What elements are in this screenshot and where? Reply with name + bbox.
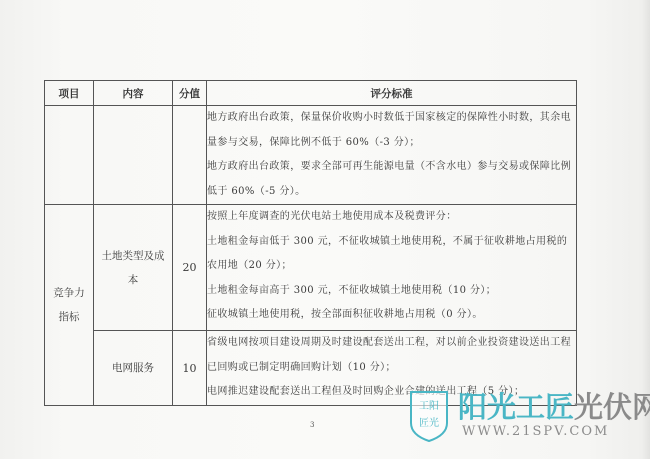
item-label: 竞争力指标 xyxy=(45,281,93,329)
criteria-line: 地方政府出台政策，要求全部可再生能源电量（不含水电）参与交易或保障比例低于 60… xyxy=(207,155,576,204)
table-header-row: 项目 内容 分值 评分标准 xyxy=(45,81,577,106)
watermark-url: WWW.21SPV.COM xyxy=(462,424,609,439)
watermark-title-gray: 光伏网 xyxy=(574,390,650,424)
content-land-cell: 土地类型及成本 xyxy=(94,205,173,331)
table-row: 地方政府出台政策，保量保价收购小时数低于国家核定的保障性小时数，其余电量参与交易… xyxy=(45,106,577,205)
criteria-line: 土地租金每亩低于 300 元，不征收城镇土地使用税，不属于征收耕地占用税的农用地… xyxy=(207,230,576,279)
header-criteria: 评分标准 xyxy=(207,81,577,106)
score-value: 10 xyxy=(173,331,207,406)
row-content-cell xyxy=(94,106,173,205)
header-item: 项目 xyxy=(45,81,94,106)
header-score: 分值 xyxy=(173,81,207,106)
criteria-line: 土地租金每亩高于 300 元，不征收城镇土地使用税（10 分）； xyxy=(207,279,576,304)
watermark: 工阳 匠光 阳光工匠光伏网 WWW.21SPV.COM xyxy=(408,385,648,447)
badge-text-bottom: 匠光 xyxy=(419,416,439,429)
content-grid-cell: 电网服务 xyxy=(94,331,173,406)
content-label: 土地类型及成本 xyxy=(94,244,172,292)
content-label: 电网服务 xyxy=(94,356,172,380)
row-item-cell xyxy=(45,106,94,205)
header-content: 内容 xyxy=(94,81,173,106)
watermark-title-colored: 阳光工匠 xyxy=(458,390,574,424)
criteria-line: 按照上年度调查的光伏电站土地使用成本及税费评分： xyxy=(207,205,576,230)
criteria-line: 征收城镇土地使用税，按全部面积征收耕地占用税（0 分）。 xyxy=(207,303,576,328)
document-page: 项目 内容 分值 评分标准 地方政府出台政策，保量保价收购小时数低于国家核定的保… xyxy=(0,0,650,459)
shield-logo-icon: 工阳 匠光 xyxy=(408,389,450,443)
item-competitiveness-cell: 竞争力指标 xyxy=(45,205,94,406)
badge-text-top: 工阳 xyxy=(419,400,439,412)
scoring-criteria-table: 项目 内容 分值 评分标准 地方政府出台政策，保量保价收购小时数低于国家核定的保… xyxy=(44,80,577,406)
criteria-line: 省级电网按项目建设周期及时建设配套送出工程，对以前企业投资建设送出工程已回购或已… xyxy=(207,331,576,380)
watermark-title: 阳光工匠光伏网 xyxy=(458,385,650,426)
row-criteria-cell: 地方政府出台政策，保量保价收购小时数低于国家核定的保障性小时数，其余电量参与交易… xyxy=(207,106,577,205)
row-score-cell xyxy=(173,106,207,205)
score-value: 20 xyxy=(173,205,207,331)
criteria-line: 地方政府出台政策，保量保价收购小时数低于国家核定的保障性小时数，其余电量参与交易… xyxy=(207,106,576,155)
table-row: 竞争力指标 土地类型及成本 20 按照上年度调查的光伏电站土地使用成本及税费评分… xyxy=(45,205,577,331)
page-number: 3 xyxy=(310,421,314,429)
row-criteria-cell: 按照上年度调查的光伏电站土地使用成本及税费评分： 土地租金每亩低于 300 元，… xyxy=(207,205,577,331)
